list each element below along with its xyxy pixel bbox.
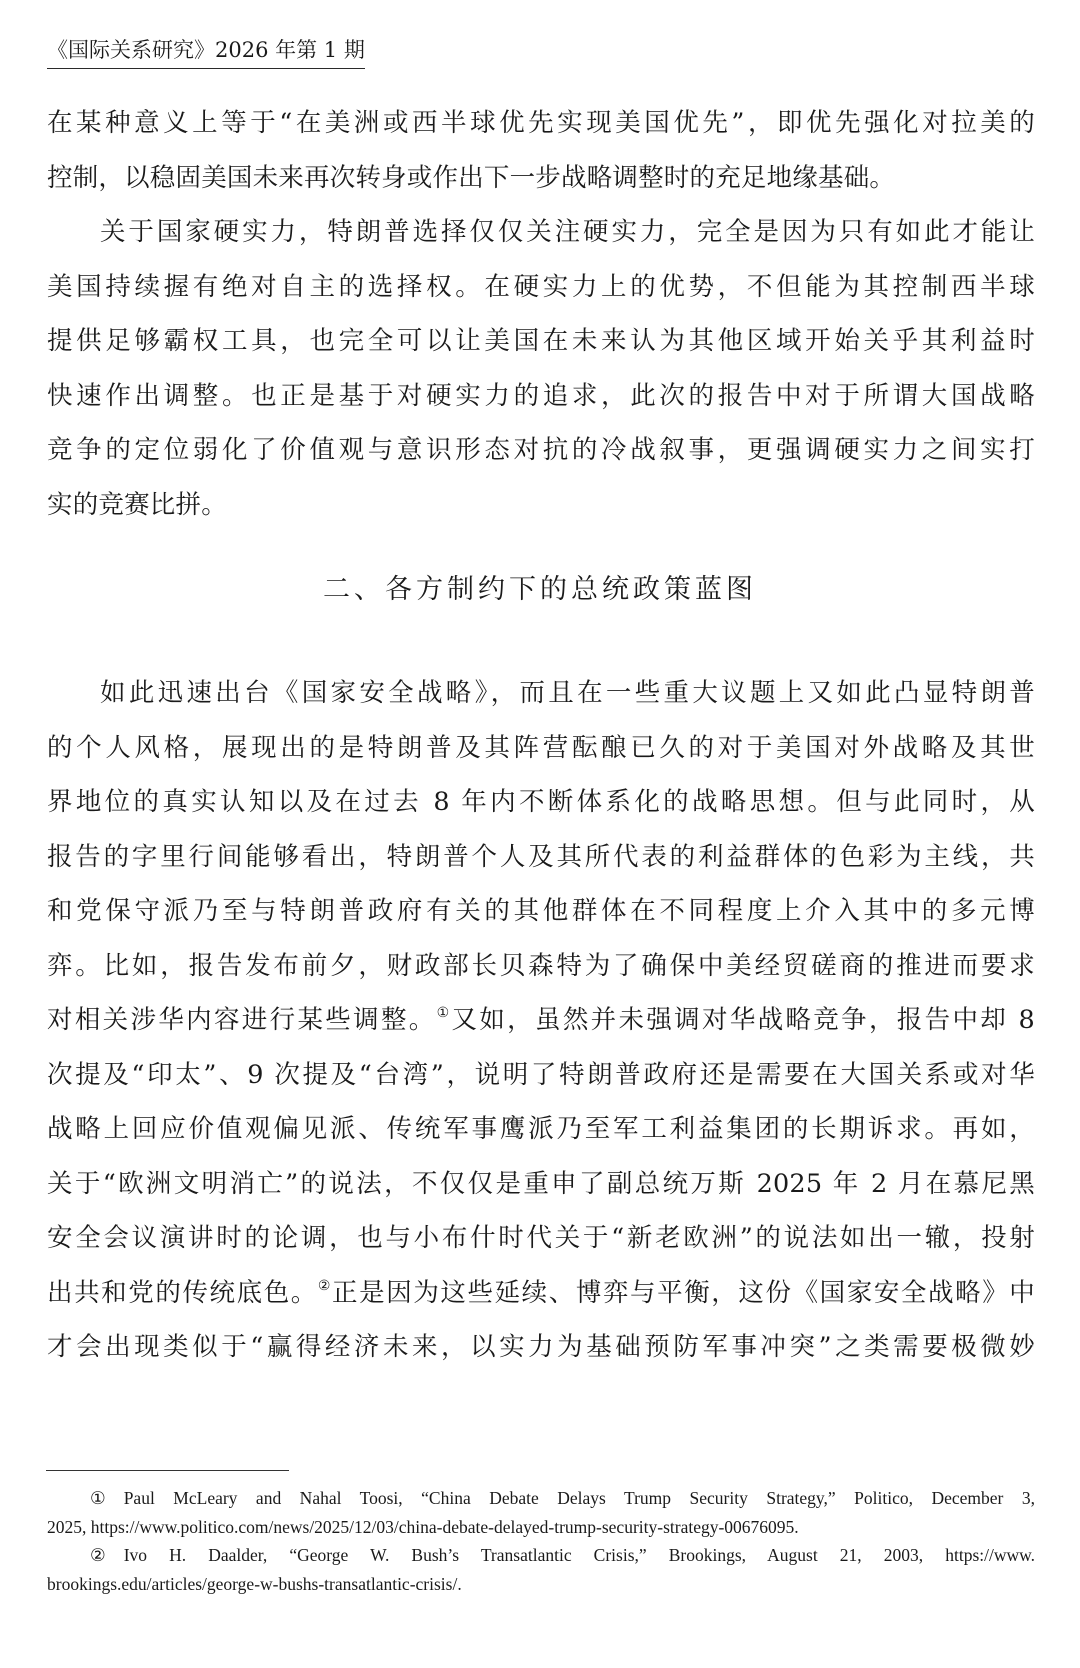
text-line: 快速作出调整。也正是基于对硬实力的追求，此次的报告中对于所谓大国战略 <box>47 369 1035 424</box>
text-line: 实的竞赛比拼。 <box>47 478 1035 533</box>
text-line: 和党保守派乃至与特朗普政府有关的其他群体在不同程度上介入其中的多元博 <box>47 884 1035 939</box>
body-text-main: 如此迅速出台《国家安全战略》，而且在一些重大议题上又如此凸显特朗普 的个人风格，… <box>47 666 1035 1375</box>
paragraph-3: 如此迅速出台《国家安全战略》，而且在一些重大议题上又如此凸显特朗普 的个人风格，… <box>47 666 1035 1375</box>
paragraph-1: 在某种意义上等于“在美洲或西半球优先实现美国优先”，即优先强化对拉美的 控制，以… <box>47 96 1035 205</box>
footnotes: ①Paul McLeary and Nahal Toosi, “China De… <box>47 1484 1035 1598</box>
text-line: 美国持续握有绝对自主的选择权。在硬实力上的优势，不但能为其控制西半球 <box>47 260 1035 315</box>
text-line: 的个人风格，展现出的是特朗普及其阵营酝酿已久的对于美国对外战略及其世 <box>47 721 1035 776</box>
footnote-1: ①Paul McLeary and Nahal Toosi, “China De… <box>47 1484 1035 1541</box>
footnote-url-line[interactable]: 2025, https://www.politico.com/news/2025… <box>47 1513 1035 1542</box>
text-line: 提供足够霸权工具，也完全可以让美国在未来认为其他区域开始关乎其利益时 <box>47 314 1035 369</box>
footnote-ref-1[interactable]: ① <box>437 1005 452 1021</box>
footnote-mark: ② <box>90 1541 106 1570</box>
text-line: 次提及“印太”、9 次提及“台湾”，说明了特朗普政府还是需要在大国关系或对华 <box>47 1048 1035 1103</box>
text-line: 关于国家硬实力，特朗普选择仅仅关注硬实力，完全是因为只有如此才能让 <box>47 205 1035 260</box>
text-segment: 对相关涉华内容进行某些调整。 <box>47 1005 437 1035</box>
text-line: 竞争的定位弱化了价值观与意识形态对抗的冷战叙事，更强调硬实力之间实打 <box>47 423 1035 478</box>
text-line: 关于“欧洲文明消亡”的说法，不仅仅是重申了副总统万斯 2025 年 2 月在慕尼… <box>47 1157 1035 1212</box>
text-line: 安全会议演讲时的论调，也与小布什时代关于“新老欧洲”的说法如出一辙，投射 <box>47 1211 1035 1266</box>
text-line-with-footnote-1: 对相关涉华内容进行某些调整。①又如，虽然并未强调对华战略竞争，报告中却 8 <box>47 993 1035 1048</box>
footnote-text: Ivo H. Daalder, “George W. Bush’s Transa… <box>124 1545 1035 1565</box>
document-page: 《国际关系研究》2026 年第 1 期 在某种意义上等于“在美洲或西半球优先实现… <box>0 0 1080 1668</box>
body-text-top: 在某种意义上等于“在美洲或西半球优先实现美国优先”，即优先强化对拉美的 控制，以… <box>47 96 1035 532</box>
footnote-text: Paul McLeary and Nahal Toosi, “China Deb… <box>124 1488 1035 1508</box>
footnote-2: ②Ivo H. Daalder, “George W. Bush’s Trans… <box>47 1541 1035 1598</box>
text-line: 才会出现类似于“赢得经济未来，以实力为基础预防军事冲突”之类需要极微妙 <box>47 1320 1035 1375</box>
text-segment: 出共和党的传统底色。 <box>47 1278 318 1308</box>
text-segment: 又如，虽然并未强调对华战略竞争，报告中却 8 <box>452 1005 1035 1035</box>
text-line-with-footnote-2: 出共和党的传统底色。②正是因为这些延续、博弈与平衡，这份《国家安全战略》中 <box>47 1266 1035 1321</box>
journal-issue-label: 《国际关系研究》2026 年第 1 期 <box>47 38 365 62</box>
running-header: 《国际关系研究》2026 年第 1 期 <box>47 36 365 69</box>
text-line: 报告的字里行间能够看出，特朗普个人及其所代表的利益群体的色彩为主线，共 <box>47 830 1035 885</box>
paragraph-2: 关于国家硬实力，特朗普选择仅仅关注硬实力，完全是因为只有如此才能让 美国持续握有… <box>47 205 1035 532</box>
footnote-ref-2[interactable]: ② <box>318 1278 332 1294</box>
footnote-line: ②Ivo H. Daalder, “George W. Bush’s Trans… <box>47 1541 1035 1570</box>
section-heading: 二、各方制约下的总统政策蓝图 <box>0 570 1080 610</box>
footnote-url-line[interactable]: brookings.edu/articles/george-w-bushs-tr… <box>47 1570 1035 1599</box>
text-line: 界地位的真实认知以及在过去 8 年内不断体系化的战略思想。但与此同时，从 <box>47 775 1035 830</box>
footnote-line: ①Paul McLeary and Nahal Toosi, “China De… <box>47 1484 1035 1513</box>
text-line: 弈。比如，报告发布前夕，财政部长贝森特为了确保中美经贸磋商的推进而要求 <box>47 939 1035 994</box>
text-line: 如此迅速出台《国家安全战略》，而且在一些重大议题上又如此凸显特朗普 <box>47 666 1035 721</box>
text-line: 控制，以稳固美国未来再次转身或作出下一步战略调整时的充足地缘基础。 <box>47 151 1035 206</box>
text-line: 在某种意义上等于“在美洲或西半球优先实现美国优先”，即优先强化对拉美的 <box>47 96 1035 151</box>
text-segment: 正是因为这些延续、博弈与平衡，这份《国家安全战略》中 <box>332 1278 1035 1308</box>
footnote-mark: ① <box>90 1484 106 1513</box>
text-line: 战略上回应价值观偏见派、传统军事鹰派乃至军工利益集团的长期诉求。再如， <box>47 1102 1035 1157</box>
footnote-divider <box>46 1470 289 1471</box>
